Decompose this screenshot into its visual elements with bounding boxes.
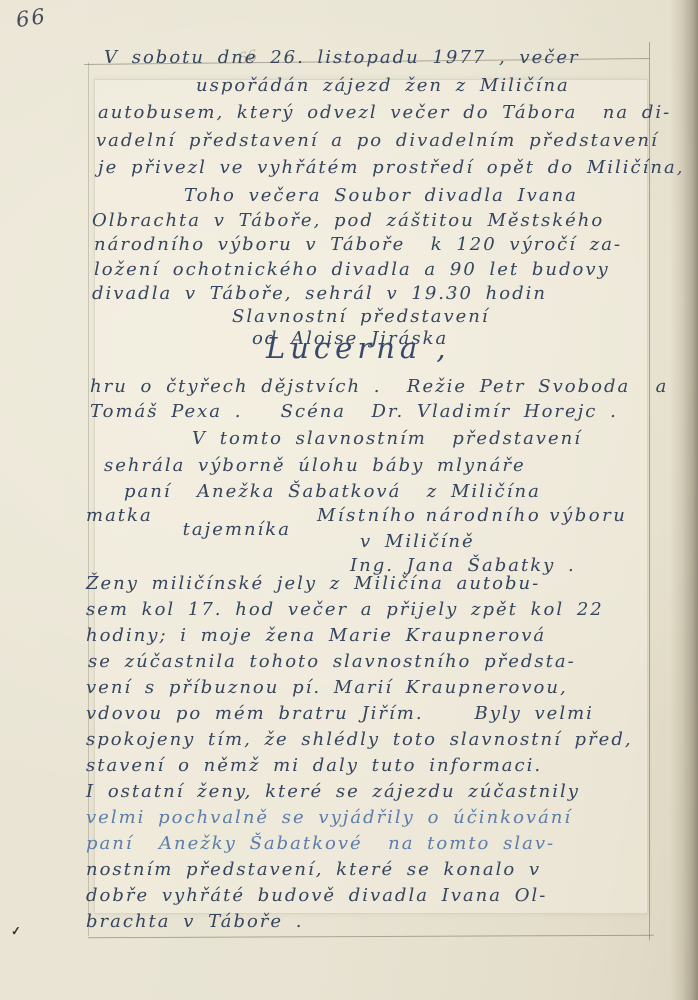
handwritten-line: autobusem, který odvezl večer do Tábora … xyxy=(98,99,681,127)
handwritten-line: sem kol 17. hod večer a přijely zpět kol… xyxy=(86,597,671,623)
handwritten-line: Slavnostní představení xyxy=(232,306,677,328)
handwritten-line: stavení o němž mi daly tuto informaci. xyxy=(86,753,671,779)
handwritten-line: V tomto slavnostním představení xyxy=(192,426,677,453)
handwritten-line: V sobotu dne 26. listopadu 1977 , večer xyxy=(104,44,681,72)
handwritten-word: matka xyxy=(86,505,153,526)
margin-line-bottom xyxy=(88,935,654,938)
paragraph-credits: hru o čtyřech dějstvích . Režie Petr Svo… xyxy=(90,374,675,424)
handwritten-line: vení s příbuznou pí. Marií Kraupnerovou, xyxy=(86,675,671,701)
handwritten-line: paní Anežka Šabatková z Miličína xyxy=(124,479,677,506)
handwritten-line: divadla v Táboře, sehrál v 19.30 hodin xyxy=(92,282,677,307)
handwritten-line: je přivezl ve vyhřátém prostředí opět do… xyxy=(98,154,681,182)
handwritten-line: Ženy miličínské jely z Miličína autobu- xyxy=(86,571,671,597)
handwritten-line: I ostatní ženy, které se zájezdu zúčastn… xyxy=(86,779,671,805)
chronicle-page: 66 66 V sobotu dne 26. listopadu 1977 , … xyxy=(0,0,698,1000)
handwritten-line: spokojeny tím, že shlédly toto slavnostn… xyxy=(86,727,671,753)
handwritten-line: nostním představení, které se konalo v xyxy=(86,857,671,883)
handwritten-line: vdovou po mém bratru Jiřím. Byly velmi xyxy=(86,701,671,727)
handwritten-line: se zúčastnila tohoto slavnostního předst… xyxy=(88,649,671,675)
handwritten-line: Olbrachta v Táboře, pod záštitou Městské… xyxy=(92,209,677,234)
paragraph-theatre: Toho večera Soubor divadla Ivana Olbrach… xyxy=(92,184,677,307)
page-number: 66 xyxy=(14,4,48,32)
line-with-insertion: matkatajemníkaMístního národního výboru xyxy=(86,505,627,526)
handwritten-line: paní Anežky Šabatkové na tomto slav- xyxy=(86,831,671,857)
handwritten-line: Tomáš Pexa . Scéna Dr. Vladimír Horejc . xyxy=(90,399,675,424)
handwritten-line: uspořádán zájezd žen z Miličína xyxy=(196,72,681,100)
handwritten-line: brachta v Táboře . xyxy=(86,909,671,935)
handwritten-line: velmi pochvalně se vyjádřily o účinkován… xyxy=(86,805,671,831)
play-title-lucerna: Lucerna , xyxy=(266,331,451,365)
handwritten-line: Toho večera Soubor divadla Ivana xyxy=(184,184,677,209)
handwritten-line: dobře vyhřáté budově divadla Ivana Ol- xyxy=(86,883,671,909)
handwritten-line: hodiny; i moje žena Marie Kraupnerová xyxy=(86,623,671,649)
paragraph-closing: Ženy miličínské jely z Miličína autobu- … xyxy=(86,571,671,935)
handwritten-line: hru o čtyřech dějstvích . Režie Petr Svo… xyxy=(90,374,675,399)
handwritten-line: ložení ochotnického divadla a 90 let bud… xyxy=(94,258,677,283)
inserted-word: tajemníka xyxy=(183,519,291,540)
check-mark: ✓ xyxy=(10,924,21,939)
paragraph-sabatkova: V tomto slavnostním představení sehrála … xyxy=(92,426,677,506)
handwritten-line: v Miličíně xyxy=(360,531,475,552)
handwritten-line: národního výboru v Táboře k 120 výročí z… xyxy=(94,233,677,258)
handwritten-line: sehrála výborně úlohu báby mlynáře xyxy=(104,453,677,480)
paragraph-date-trip: V sobotu dne 26. listopadu 1977 , večer … xyxy=(96,44,681,182)
handwritten-word: Místního národního výboru xyxy=(317,505,627,526)
handwritten-line: vadelní představení a po divadelním před… xyxy=(96,127,681,155)
page-edge-shadow xyxy=(670,0,698,1000)
